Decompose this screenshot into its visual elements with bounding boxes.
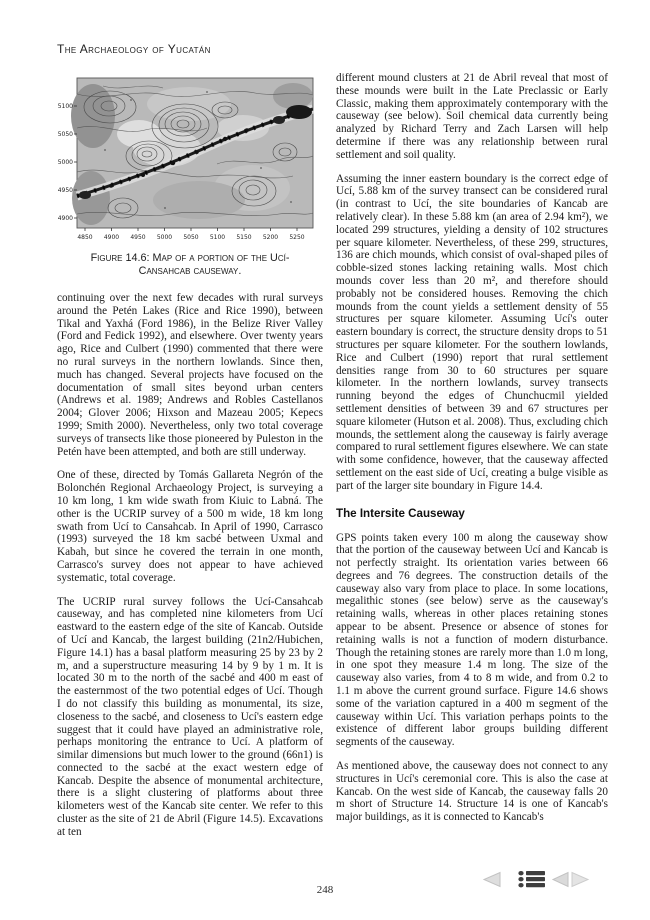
right-column: different mound clusters at 21 de Abril …	[336, 72, 608, 835]
map-x-tick: 5250	[289, 234, 304, 241]
body-paragraph: Assuming the inner eastern boundary is t…	[336, 173, 608, 493]
map-x-tick: 4950	[130, 234, 145, 241]
map-x-tick: 5050	[183, 234, 198, 241]
running-header: The Archaeology of Yucatán	[57, 42, 211, 56]
section-heading: The Intersite Causeway	[336, 507, 608, 520]
map-y-tick: 5100	[58, 103, 73, 110]
next-page-icon[interactable]	[570, 871, 590, 888]
map-y-tick: 5050	[58, 131, 73, 138]
contour-map-figure: 5100 5050 5000 4950 4900 4850 4900 4950 …	[57, 76, 323, 278]
map-y-tick: 4900	[58, 215, 73, 222]
map-x-tick: 5100	[210, 234, 225, 241]
map-x-tick: 5150	[236, 234, 251, 241]
body-paragraph: GPS points taken every 100 m along the c…	[336, 532, 608, 750]
left-column: 5100 5050 5000 4950 4900 4850 4900 4950 …	[57, 76, 323, 850]
map-x-tick: 4900	[104, 234, 119, 241]
list-menu-icon[interactable]	[518, 870, 545, 888]
body-paragraph: continuing over the next few decades wit…	[57, 292, 323, 458]
map-y-tick: 4950	[58, 187, 73, 194]
contour-map: 5100 5050 5000 4950 4900 4850 4900 4950 …	[47, 76, 323, 248]
figure-caption: Figure 14.6: Map of a portion of the Ucí…	[68, 252, 313, 278]
back-icon[interactable]	[482, 871, 502, 888]
map-x-tick: 5200	[263, 234, 278, 241]
map-x-tick: 5000	[157, 234, 172, 241]
previous-page-icon[interactable]	[551, 871, 570, 888]
book-page: { "page": { "running_header": "The Archa…	[0, 0, 650, 920]
body-paragraph: different mound clusters at 21 de Abril …	[336, 72, 608, 162]
map-x-tick: 4850	[77, 234, 92, 241]
body-paragraph: One of these, directed by Tomás Gallaret…	[57, 469, 323, 584]
body-paragraph: As mentioned above, the causeway does no…	[336, 760, 608, 824]
reader-navigation	[482, 870, 590, 888]
map-y-tick: 5000	[58, 159, 73, 166]
body-paragraph: The UCRIP rural survey follows the Ucí-C…	[57, 596, 323, 839]
